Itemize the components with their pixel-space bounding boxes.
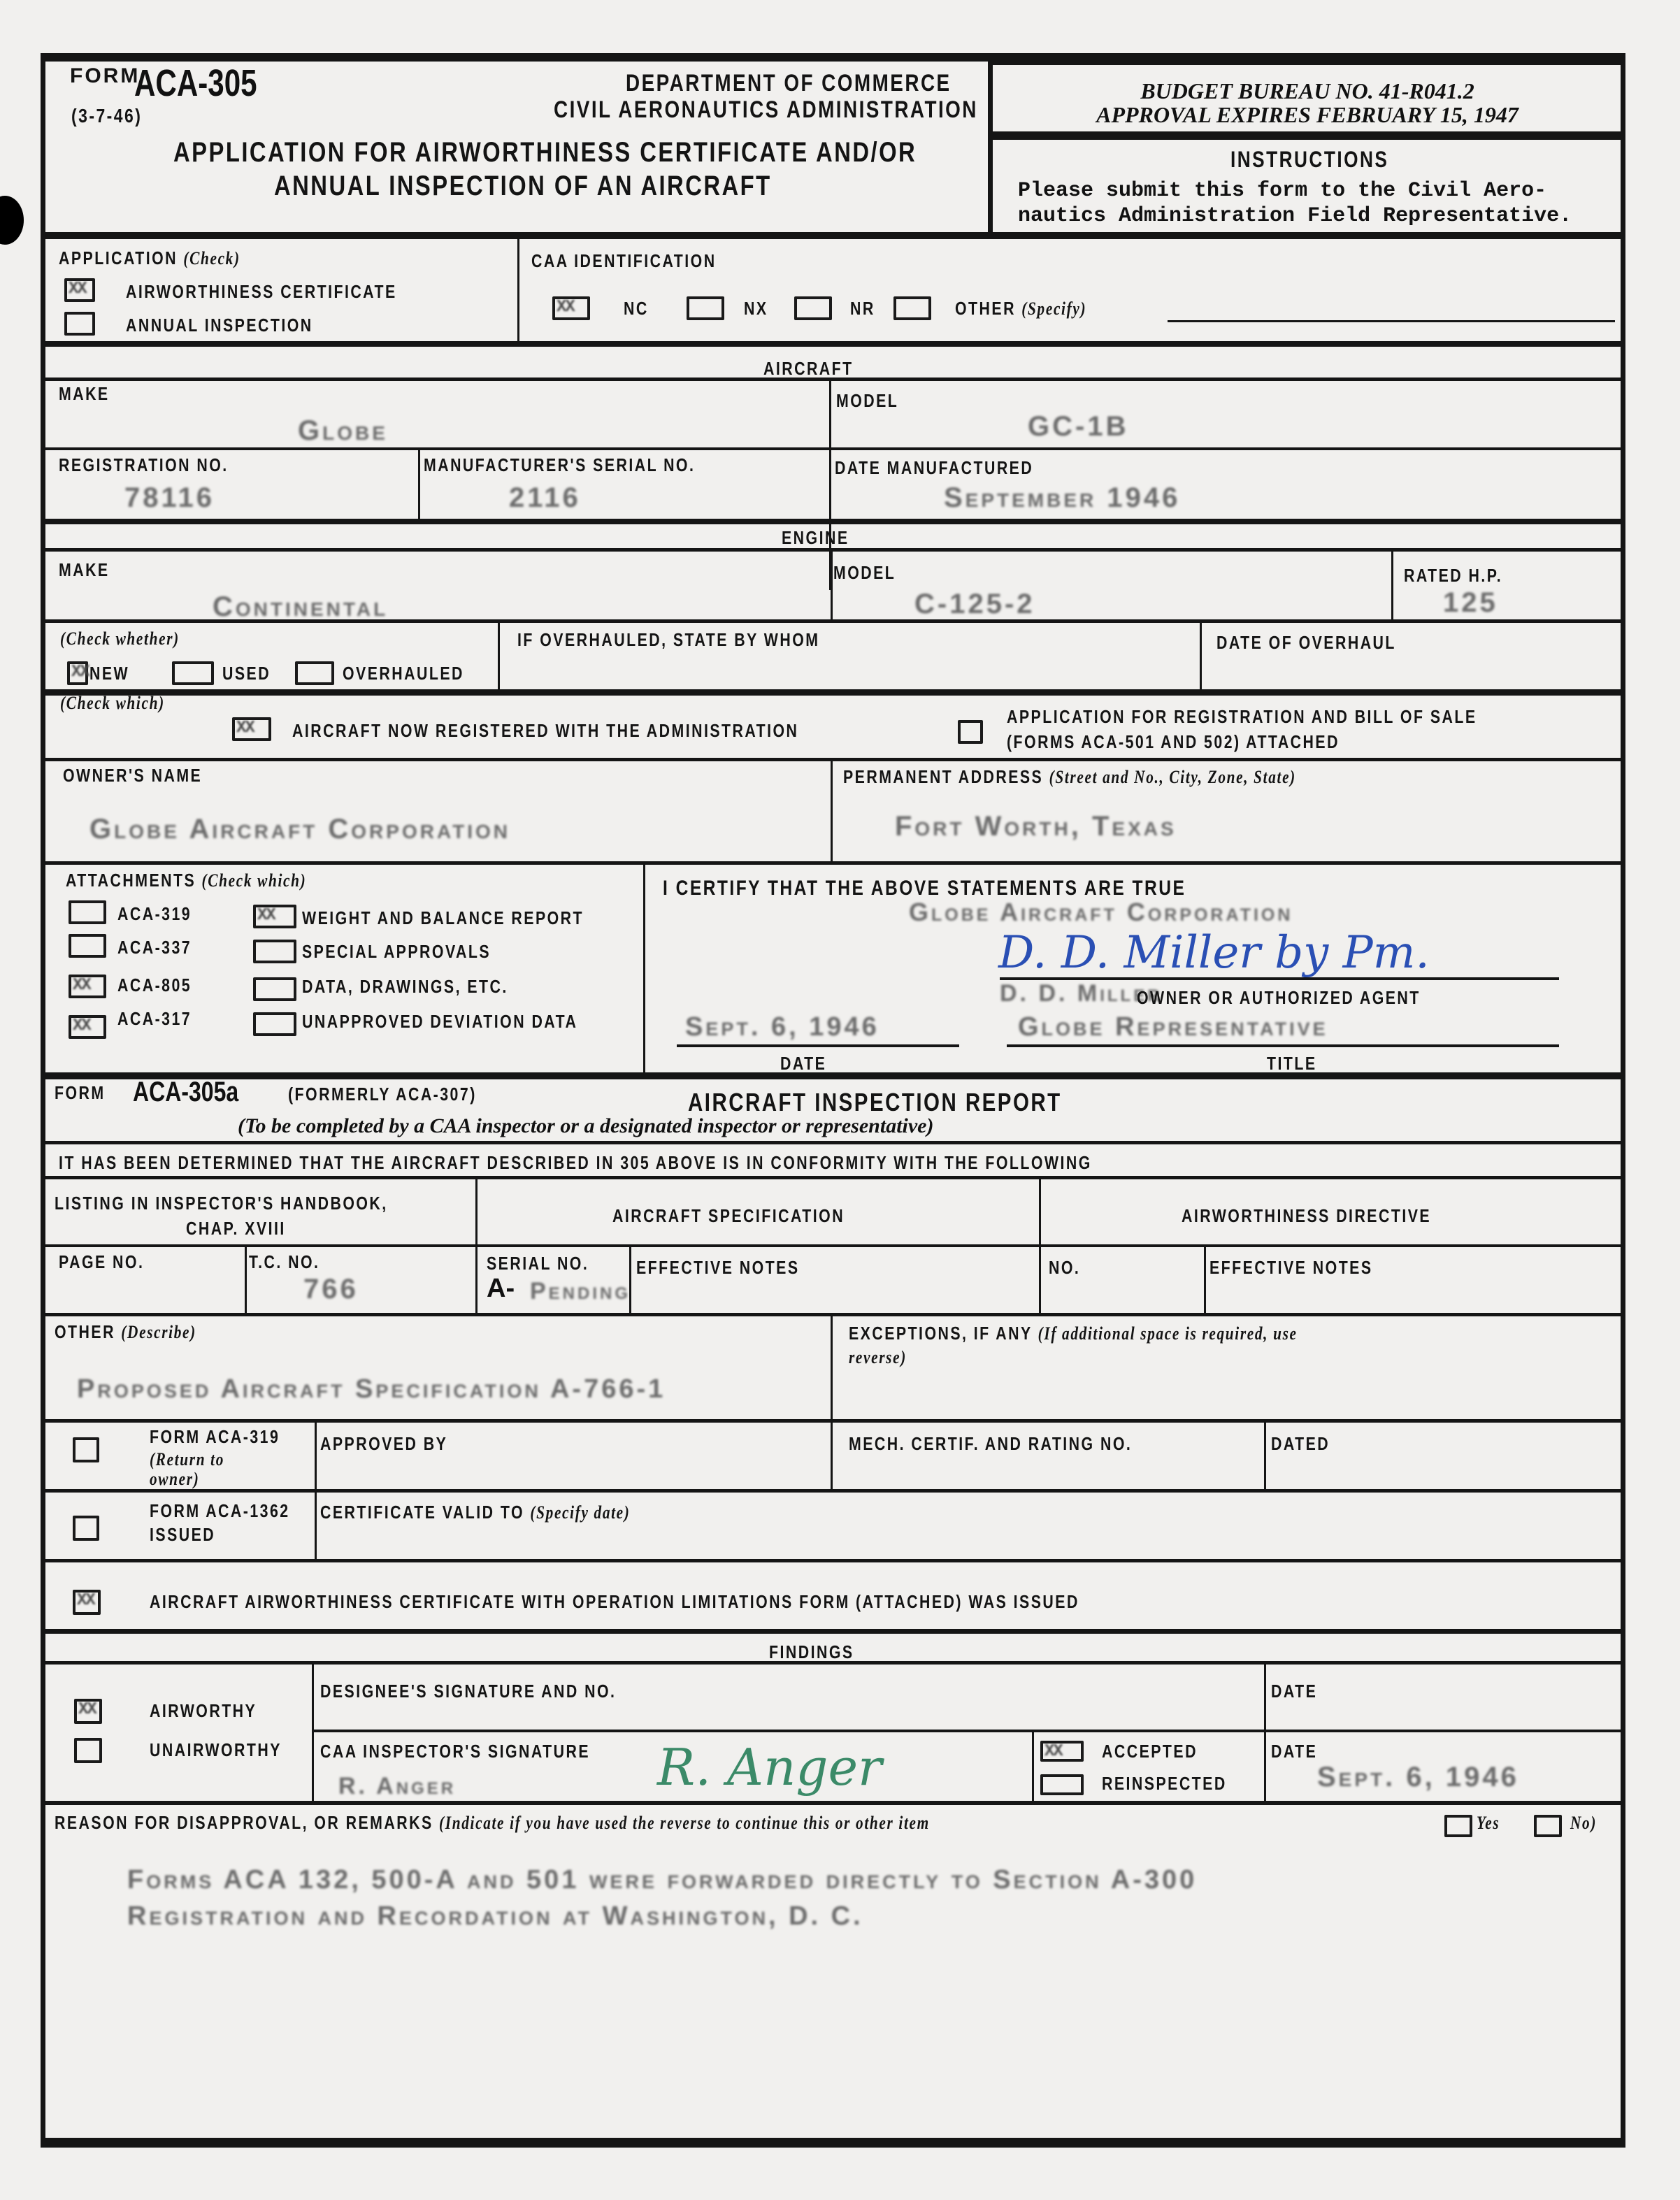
check-which-label: (Check which) <box>60 692 165 714</box>
option-new: NEW <box>89 663 129 684</box>
certify-title-value[interactable]: Globe Representative <box>1018 1012 1328 1042</box>
department: DEPARTMENT OF COMMERCE <box>626 70 952 97</box>
frame-top <box>41 53 1623 62</box>
rule <box>41 1244 1623 1247</box>
divider <box>475 1179 478 1316</box>
inspection-report-title: AIRCRAFT INSPECTION REPORT <box>688 1088 1062 1117</box>
reverse-yes-label: Yes <box>1477 1812 1500 1834</box>
option-nc: NC <box>624 298 649 319</box>
checkbox-unairworthy[interactable] <box>74 1738 102 1763</box>
option-other: OTHER (Specify) <box>955 298 1086 319</box>
divider <box>245 1246 247 1316</box>
checkbox-application-attached[interactable] <box>958 720 983 744</box>
attachment-aca-337: ACA-337 <box>117 937 192 958</box>
form-305a-formerly: (FORMERLY ACA-307) <box>288 1084 477 1105</box>
divider <box>498 622 500 692</box>
reverse-no-label: No) <box>1570 1812 1597 1834</box>
checkbox-reinspected[interactable] <box>1040 1774 1084 1795</box>
checkbox-reverse-yes[interactable] <box>1444 1815 1472 1837</box>
operation-limitations-label: AIRCRAFT AIRWORTHINESS CERTIFICATE WITH … <box>150 1591 1079 1613</box>
findings-section-title: FINDINGS <box>769 1641 854 1663</box>
form-date: (3-7-46) <box>71 105 142 127</box>
form-aca-1362-label: FORM ACA-1362 <box>150 1500 290 1522</box>
app-divider <box>517 236 519 341</box>
overhaul-date-label: DATE OF OVERHAUL <box>1216 632 1396 654</box>
option-airworthiness-certificate: AIRWORTHINESS CERTIFICATE <box>126 281 397 303</box>
exceptions-label: EXCEPTIONS, IF ANY (If additional space … <box>849 1323 1298 1344</box>
frame-left <box>41 53 45 2143</box>
attachment-aca-805: ACA-805 <box>117 975 192 996</box>
serial-no-prefix: A- <box>487 1274 515 1304</box>
mfr-serial-label: MANUFACTURER'S SERIAL NO. <box>424 454 695 476</box>
date-manufactured-value[interactable]: September 1946 <box>944 482 1180 514</box>
checkbox-form-aca-1362[interactable] <box>73 1516 99 1541</box>
conformity-statement: IT HAS BEEN DETERMINED THAT THE AIRCRAFT… <box>59 1152 1092 1174</box>
divider <box>1204 1246 1206 1316</box>
owner-signature[interactable]: D. D. Miller by Pm. <box>998 927 1430 979</box>
rule <box>41 341 1623 347</box>
checkbox-aca-317[interactable] <box>69 1015 106 1039</box>
registration-no-value[interactable]: 78116 <box>124 482 215 514</box>
rule <box>41 519 1623 524</box>
aircraft-specification-label: AIRCRAFT SPECIFICATION <box>612 1205 845 1227</box>
attachment-data-drawings: DATA, DRAWINGS, ETC. <box>302 976 508 998</box>
owner-name-label: OWNER'S NAME <box>63 765 202 786</box>
divider <box>1391 551 1393 622</box>
certify-date-value[interactable]: Sept. 6, 1946 <box>685 1012 880 1042</box>
rule <box>41 447 1623 450</box>
checkbox-nr[interactable] <box>794 296 832 320</box>
approval-expires: APPROVAL EXPIRES FEBRUARY 15, 1947 <box>1000 102 1615 128</box>
rule <box>41 619 1623 623</box>
certify-company: Globe Aircraft Corporation <box>909 898 1293 927</box>
checkbox-weight-balance[interactable] <box>253 905 296 928</box>
reinspected-label: REINSPECTED <box>1102 1773 1227 1795</box>
checkbox-other[interactable] <box>893 296 931 320</box>
form-aca-319-label: FORM ACA-319 <box>150 1426 280 1448</box>
rule <box>41 689 1623 696</box>
checkbox-aca-805[interactable] <box>69 975 106 998</box>
engine-section-title: ENGINE <box>782 527 849 549</box>
divider <box>1039 1179 1041 1316</box>
form-number: ACA-305 <box>134 62 257 105</box>
checkbox-data-drawings[interactable] <box>253 977 296 1001</box>
attachment-aca-317: ACA-317 <box>117 1008 192 1030</box>
checkbox-operation-limitations[interactable] <box>73 1590 101 1615</box>
rule <box>41 1661 1623 1665</box>
date-manufactured-label: DATE MANUFACTURED <box>835 457 1033 479</box>
rule <box>41 1489 1623 1493</box>
registration-no-label: REGISTRATION NO. <box>59 454 229 476</box>
option-application-line1: APPLICATION FOR REGISTRATION AND BILL OF… <box>1007 706 1477 728</box>
instructions-text-1: Please submit this form to the Civil Aer… <box>1018 179 1546 203</box>
exceptions-hint: reverse) <box>849 1346 907 1368</box>
inspection-report-subtitle: (To be completed by a CAA inspector or a… <box>238 1114 933 1138</box>
budget-bureau: BUDGET BUREAU NO. 41-R041.2 <box>1000 78 1615 104</box>
spec-effective-notes-label: EFFECTIVE NOTES <box>636 1257 800 1279</box>
engine-make-label: MAKE <box>59 559 110 581</box>
remarks-label: REASON FOR DISAPPROVAL, OR REMARKS (Indi… <box>55 1812 930 1834</box>
checkbox-airworthy[interactable] <box>74 1699 102 1724</box>
tc-no-value[interactable]: 766 <box>303 1274 359 1305</box>
mfr-serial-value[interactable]: 2116 <box>509 482 581 514</box>
rule <box>41 1176 1623 1179</box>
checkbox-airworthiness-certificate[interactable] <box>64 278 95 302</box>
address-value[interactable]: Fort Worth, Texas <box>895 811 1177 842</box>
owner-label: owner) <box>150 1468 199 1490</box>
issued-label: ISSUED <box>150 1524 215 1546</box>
option-nr: NR <box>850 298 875 319</box>
header-bottom-rule <box>41 232 1623 239</box>
divider <box>418 449 420 520</box>
airworthy-label: AIRWORTHY <box>150 1700 257 1722</box>
budget-box-top <box>988 62 1625 65</box>
form-id-block: FORM ACA-305 <box>70 64 140 88</box>
other-label: OTHER (Describe) <box>55 1321 196 1343</box>
listing-label-2: CHAP. XVIII <box>186 1218 286 1239</box>
form-305a-number: ACA-305a <box>133 1077 238 1108</box>
attachment-aca-319: ACA-319 <box>117 903 192 925</box>
divider <box>1264 1664 1266 1804</box>
accepted-label: ACCEPTED <box>1102 1741 1198 1762</box>
checkbox-nc[interactable] <box>552 296 590 320</box>
attachments-label: ATTACHMENTS (Check which) <box>66 870 306 891</box>
approved-by-label: APPROVED BY <box>320 1433 447 1455</box>
mech-certif-label: MECH. CERTIF. AND RATING NO. <box>849 1433 1132 1455</box>
airworthiness-directive-label: AIRWORTHINESS DIRECTIVE <box>1182 1205 1431 1227</box>
engine-model-value[interactable]: C-125-2 <box>914 589 1035 620</box>
caa-inspector-signature-label: CAA INSPECTOR'S SIGNATURE <box>320 1741 590 1762</box>
rule <box>41 1629 1623 1634</box>
punch-hole <box>0 196 24 245</box>
remarks-text-line2[interactable]: Registration and Recordation at Washingt… <box>127 1901 863 1932</box>
divider <box>643 864 645 1074</box>
rated-hp-value[interactable]: 125 <box>1443 587 1498 619</box>
designee-date-label: DATE <box>1271 1681 1317 1702</box>
attachment-weight-balance: WEIGHT AND BALANCE REPORT <box>302 907 584 929</box>
form-title-line2: ANNUAL INSPECTION OF AN AIRCRAFT <box>274 171 772 202</box>
checkbox-form-aca-319[interactable] <box>73 1437 99 1462</box>
checkbox-new[interactable] <box>67 661 88 685</box>
date-line <box>677 1044 959 1047</box>
designee-signature-label: DESIGNEE'S SIGNATURE AND NO. <box>320 1681 616 1702</box>
certify-date-label: DATE <box>780 1053 826 1074</box>
checkbox-unapproved-deviation[interactable] <box>253 1012 296 1036</box>
rule <box>41 1072 1623 1079</box>
header-divider <box>988 60 993 232</box>
inspector-date-label: DATE <box>1271 1741 1317 1762</box>
checkbox-nx[interactable] <box>687 296 724 320</box>
aircraft-make-label: MAKE <box>59 383 110 405</box>
dated-label: DATED <box>1271 1433 1330 1455</box>
checkbox-used[interactable] <box>172 661 214 685</box>
caa-identification-label: CAA IDENTIFICATION <box>531 250 717 272</box>
application-label: APPLICATION (Check) <box>59 247 240 269</box>
attachment-special-approvals: SPECIAL APPROVALS <box>302 941 491 963</box>
title-line <box>1007 1044 1559 1047</box>
checkbox-reverse-no[interactable] <box>1534 1815 1562 1837</box>
page-no-label: PAGE NO. <box>59 1251 144 1273</box>
aircraft-make-value[interactable]: Globe <box>298 415 388 447</box>
frame-bottom <box>41 2138 1625 2148</box>
owner-name-value[interactable]: Globe Aircraft Corporation <box>89 814 510 845</box>
aircraft-model-label: MODEL <box>836 390 898 412</box>
option-annual-inspection: ANNUAL INSPECTION <box>126 315 313 336</box>
divider <box>831 759 833 863</box>
divider <box>831 1422 833 1492</box>
overhauled-by-label: IF OVERHAULED, STATE BY WHOM <box>517 629 820 651</box>
divider <box>1264 1422 1266 1492</box>
valid-to-label: CERTIFICATE VALID TO (Specify date) <box>320 1502 631 1523</box>
rule <box>41 1141 1623 1144</box>
listing-label-1: LISTING IN INSPECTOR'S HANDBOOK, <box>55 1193 388 1214</box>
checkbox-aca-337[interactable] <box>69 934 106 958</box>
checkbox-overhauled[interactable] <box>295 661 334 685</box>
inspector-typed-name: R. Anger <box>338 1773 456 1800</box>
divider <box>629 1246 631 1316</box>
address-label: PERMANENT ADDRESS (Street and No., City,… <box>843 766 1296 788</box>
option-registered: AIRCRAFT NOW REGISTERED WITH THE ADMINIS… <box>292 720 798 742</box>
engine-make-value[interactable]: Continental <box>213 591 388 623</box>
ad-no-label: NO. <box>1049 1257 1080 1279</box>
attachment-unapproved-deviation: UNAPPROVED DEVIATION DATA <box>302 1011 577 1033</box>
aircraft-section-title: AIRCRAFT <box>763 358 854 380</box>
serial-no-label: SERIAL NO. <box>487 1253 589 1274</box>
rule <box>312 1730 1623 1732</box>
rule <box>41 378 1623 381</box>
form-305a-prefix: FORM <box>55 1082 106 1104</box>
instructions-divider <box>988 131 1625 140</box>
instructions-title: INSTRUCTIONS <box>1230 147 1388 173</box>
return-to-label: (Return to <box>150 1448 224 1470</box>
other-value[interactable]: Proposed Aircraft Specification A-766-1 <box>77 1374 666 1404</box>
tc-no-label: T.C. NO. <box>249 1251 320 1273</box>
remarks-text-line1[interactable]: Forms ACA 132, 500-A and 501 were forwar… <box>127 1865 1197 1895</box>
signer-label: OWNER OR AUTHORIZED AGENT <box>1137 987 1421 1009</box>
engine-model-label: MODEL <box>833 562 896 584</box>
aircraft-model-value[interactable]: GC-1B <box>1028 411 1128 443</box>
other-specify-input[interactable] <box>1168 320 1615 322</box>
frame-right <box>1621 53 1625 2143</box>
checkbox-registered[interactable] <box>232 717 271 741</box>
inspector-date-value[interactable]: Sept. 6, 1946 <box>1317 1762 1519 1793</box>
ad-effective-notes-label: EFFECTIVE NOTES <box>1209 1257 1373 1279</box>
option-application-line2: (FORMS ACA-501 AND 502) ATTACHED <box>1007 731 1340 753</box>
unairworthy-label: UNAIRWORTHY <box>150 1739 282 1761</box>
option-nx: NX <box>744 298 768 319</box>
form-prefix: FORM <box>70 64 140 87</box>
divider <box>1200 622 1202 692</box>
divider <box>312 1664 314 1804</box>
serial-no-value[interactable]: Pending <box>530 1278 631 1305</box>
agency: CIVIL AERONAUTICS ADMINISTRATION <box>554 96 978 124</box>
check-whether-label: (Check whether) <box>60 628 180 649</box>
divider <box>1032 1731 1034 1804</box>
checkbox-annual-inspection[interactable] <box>64 312 95 336</box>
instructions-text-2: nautics Administration Field Representat… <box>1018 204 1572 228</box>
form-title-line1: APPLICATION FOR AIRWORTHINESS CERTIFICAT… <box>173 137 917 168</box>
certify-title-label: TITLE <box>1267 1053 1317 1074</box>
checkbox-accepted[interactable] <box>1040 1741 1084 1762</box>
certify-statement: I CERTIFY THAT THE ABOVE STATEMENTS ARE … <box>663 877 1186 900</box>
divider <box>831 551 833 622</box>
rule <box>41 861 1623 865</box>
rule <box>41 1559 1623 1562</box>
checkbox-special-approvals[interactable] <box>253 940 296 963</box>
rule <box>41 1801 1623 1805</box>
checkbox-aca-319[interactable] <box>69 900 106 924</box>
option-overhauled: OVERHAULED <box>343 663 464 684</box>
inspector-signature[interactable]: R. Anger <box>657 1738 882 1797</box>
option-used: USED <box>222 663 271 684</box>
rated-hp-label: RATED H.P. <box>1404 565 1502 587</box>
